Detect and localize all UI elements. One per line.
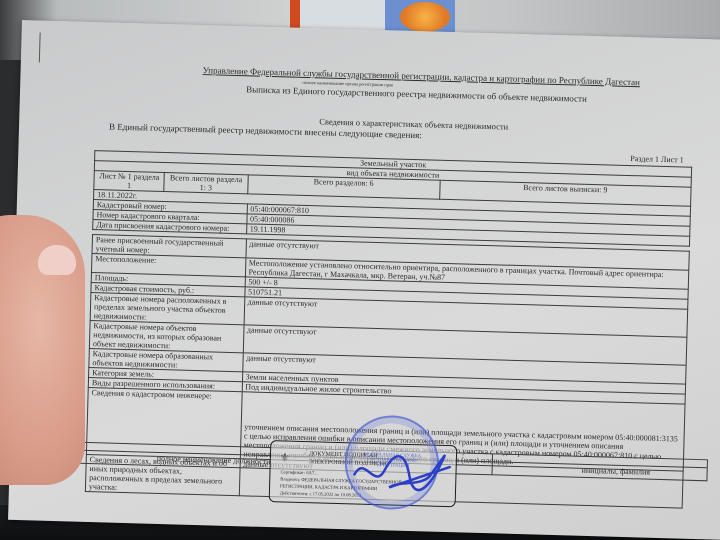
position-caption: полное наименование должности — [157, 454, 271, 466]
signature-divider — [491, 454, 493, 474]
sheet-number: Лист № 1 раздела 1 — [94, 171, 165, 192]
document-title: Выписка из Единого государственного реес… — [246, 84, 587, 104]
document-sheet: Управление Федеральной службы государств… — [8, 20, 720, 540]
total-sheets-section: Всего листов раздела 1: 3 — [164, 173, 248, 194]
name-caption: инициалы, фамилия — [582, 466, 651, 477]
ecp-certificate: Сертификат: 6A7... — [280, 469, 317, 476]
orange-print — [400, 2, 450, 32]
row-label: Кадастровые номера объектов недвижимости… — [89, 321, 243, 353]
handwritten-signature — [349, 444, 460, 497]
row-label: Кадастровые номера расположенных в преде… — [90, 293, 244, 325]
section-sheet-label: Раздел 1 Лист 1 — [630, 154, 684, 164]
eagle-emblem-icon: ⚜ — [279, 449, 291, 465]
thumb-nail — [38, 245, 76, 275]
egrn-extract: Управление Федеральной службы государств… — [8, 20, 720, 540]
